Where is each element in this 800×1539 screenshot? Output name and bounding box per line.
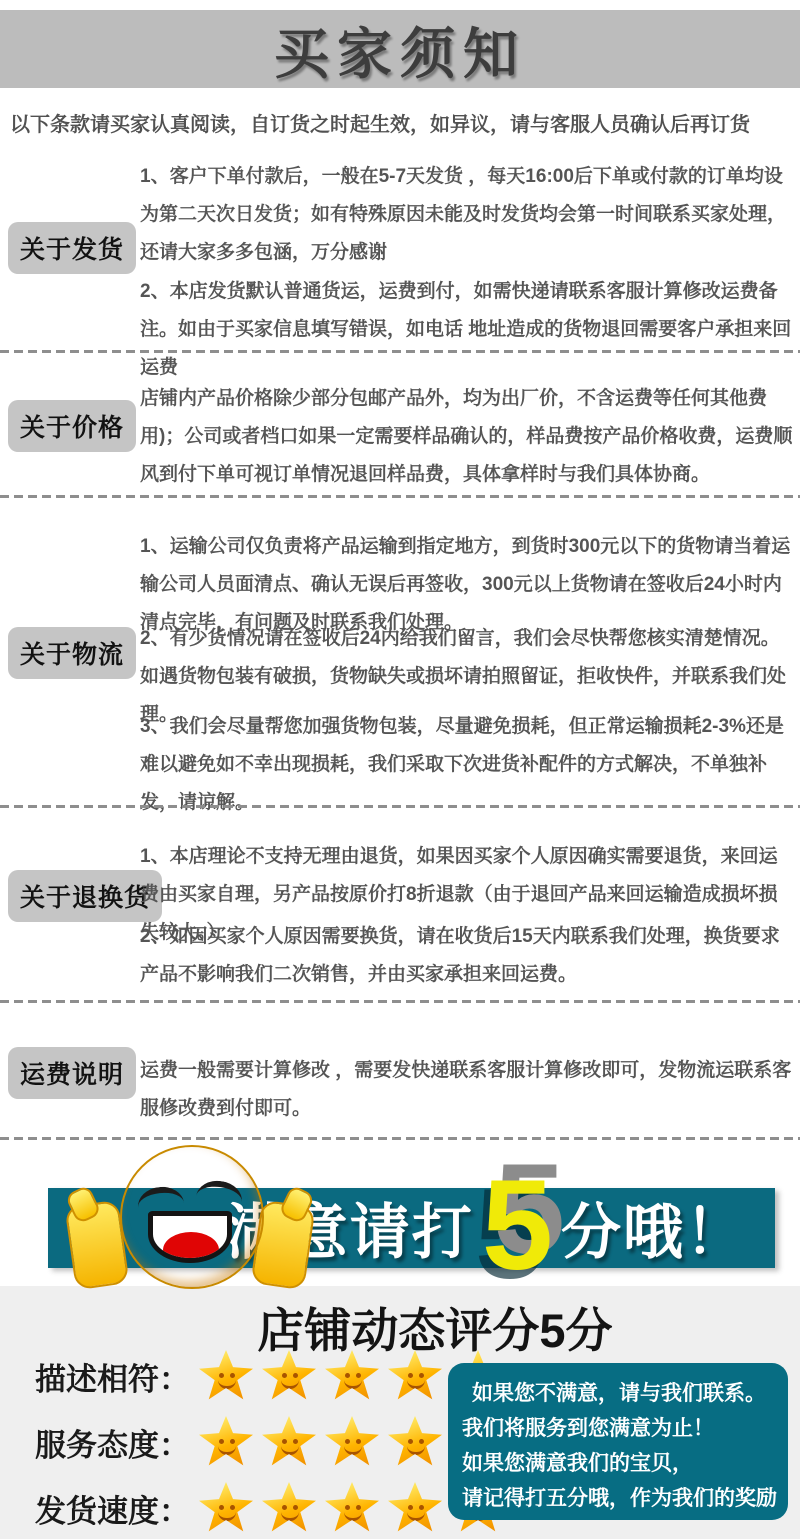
section-label-price: 关于价格 <box>8 400 136 452</box>
rating-row-service: 服务态度： <box>35 1414 505 1470</box>
buyer-notice-page: 买家须知 以下条款请买家认真阅读，自订货之时起生效，如异议，请与客服人员确认后再… <box>0 0 800 1539</box>
rating-row-label: 发货速度： <box>35 1486 190 1531</box>
star-icon <box>388 1482 442 1534</box>
notice-line: 请记得打五分哦，作为我们的奖励 <box>462 1481 780 1516</box>
star-icon <box>325 1482 379 1534</box>
star-icon <box>325 1350 379 1402</box>
section-label-logistics: 关于物流 <box>8 627 136 679</box>
dashed-divider <box>0 1000 800 1003</box>
returns-paragraph-2: 2、如因买家个人原因需要换货，请在收货后15天内联系我们处理，换货要求产品不影响… <box>140 918 795 994</box>
rating-row-label: 描述相符： <box>35 1354 190 1399</box>
section-label-shipping: 关于发货 <box>8 222 136 274</box>
satisfaction-notice-box: 如果您不满意，请与我们联系。 我们将服务到您满意为止！ 如果您满意我们的宝贝， … <box>448 1363 788 1520</box>
notice-line: 我们将服务到您满意为止！ <box>462 1411 780 1446</box>
dashed-divider <box>0 1137 800 1140</box>
smiley-thumbs-up-icon <box>70 1145 308 1295</box>
star-icon <box>325 1416 379 1468</box>
notice-line: 如果您满意我们的宝贝， <box>462 1446 780 1481</box>
freight-paragraph-1: 运费一般需要计算修改 ，需要发快递联系客服计算修改即可，发物流运联系客服修改费到… <box>140 1052 795 1128</box>
star-icon <box>388 1350 442 1402</box>
dashed-divider <box>0 350 800 353</box>
page-title: 买家须知 <box>274 10 526 89</box>
rating-row-description: 描述相符： <box>35 1348 505 1404</box>
header-banner: 买家须知 <box>0 10 800 88</box>
section-label-returns: 关于退换货 <box>8 870 162 922</box>
intro-text: 以下条款请买家认真阅读，自订货之时起生效，如异议，请与客服人员确认后再订货 <box>10 108 796 137</box>
star-icon <box>199 1350 253 1402</box>
shop-rating-section: 店铺动态评分5分 描述相符： 服务态度： 发货速度： 如果您不满 <box>0 1286 800 1539</box>
dashed-divider <box>0 805 800 808</box>
price-paragraph-1: 店铺内产品价格除少部分包邮产品外，均为出厂价，不含运费等任何其他费用)；公司或者… <box>140 380 795 494</box>
star-icon <box>262 1350 316 1402</box>
star-icon <box>262 1482 316 1534</box>
rating-row-delivery: 发货速度： <box>35 1480 505 1536</box>
banner-text-after: 分哦！ <box>561 1185 747 1271</box>
rating-row-label: 服务态度： <box>35 1420 190 1465</box>
star-icon <box>199 1416 253 1468</box>
star-icon <box>388 1416 442 1468</box>
smiley-face-icon <box>120 1145 264 1289</box>
notice-line: 如果您不满意，请与我们联系。 <box>462 1376 780 1411</box>
banner-score-5: 5 <box>482 1186 553 1266</box>
shipping-paragraph-2: 2、本店发货默认普通货运，运费到付，如需快递请联系客服计算修改运费备注。如由于买… <box>140 273 795 387</box>
section-label-freight: 运费说明 <box>8 1047 136 1099</box>
star-icon <box>262 1416 316 1468</box>
dashed-divider <box>0 495 800 498</box>
shipping-paragraph-1: 1、客户下单付款后，一般在5-7天发货 ，每天16:00后下单或付款的订单均设为… <box>140 158 795 272</box>
star-icon <box>199 1482 253 1534</box>
